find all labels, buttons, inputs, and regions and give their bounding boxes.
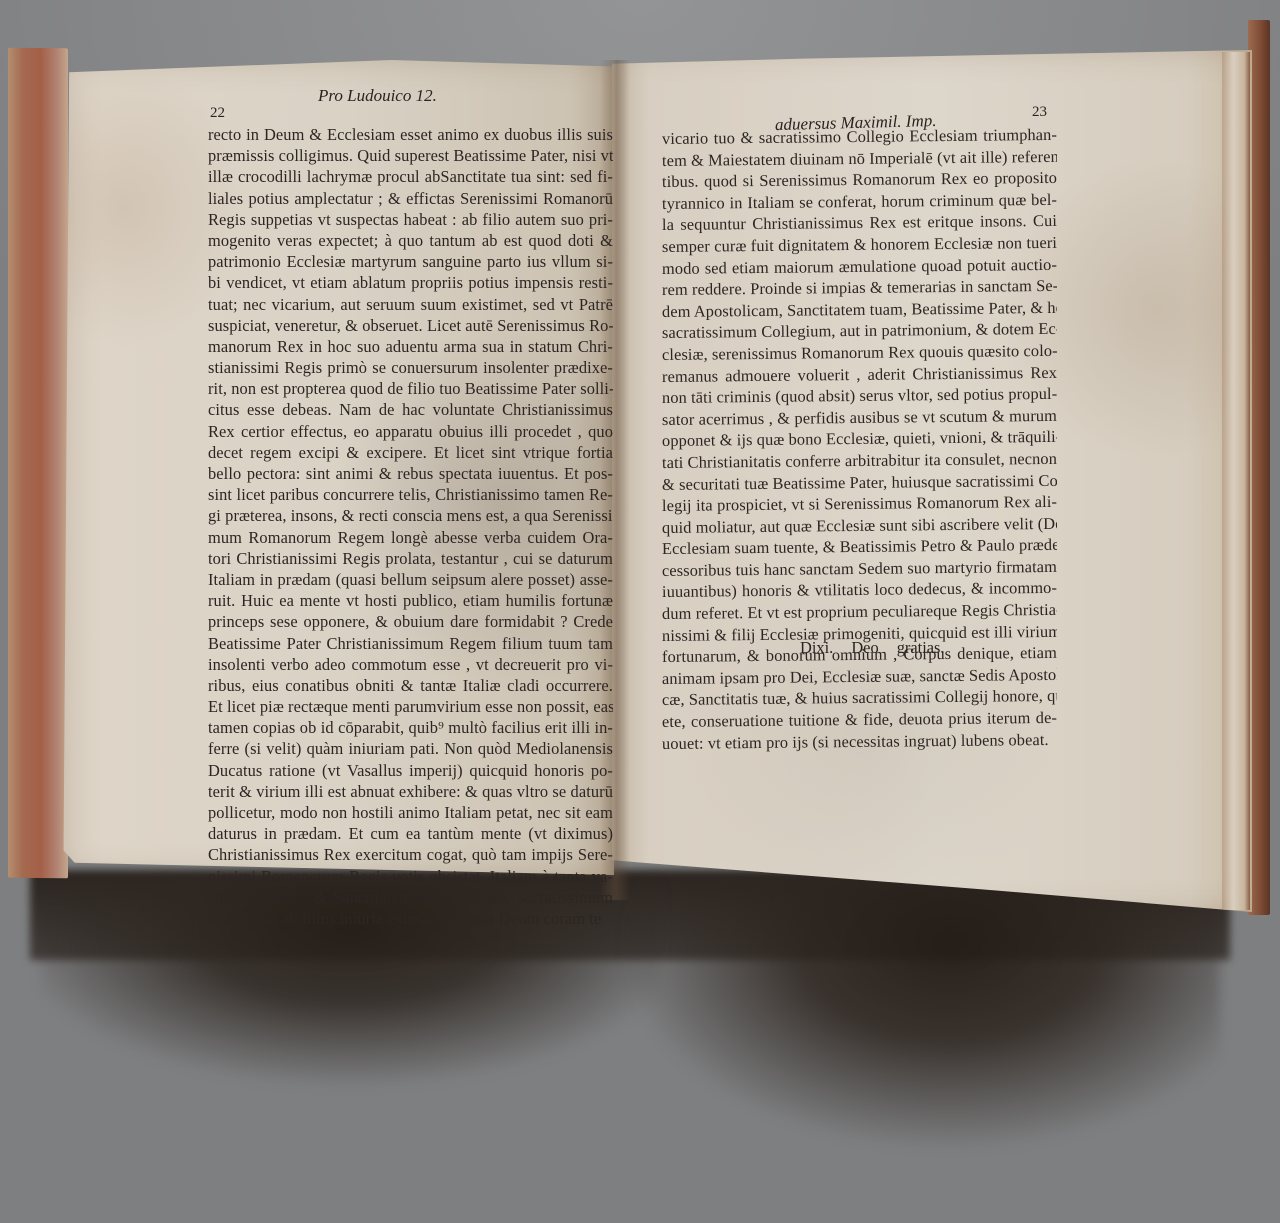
text-line: stitate eripiat , & Sanctitatem tuam , &…	[208, 887, 613, 908]
text-line: suspiciat, veneretur, & obseruet. Licet …	[208, 315, 613, 336]
text-line: terit & virium illi est abnuat exhibere:…	[208, 781, 613, 802]
left-page-body: recto in Deum & Ecclesiam esset animo ex…	[208, 124, 613, 929]
text-line: sint licet paribus concurrere telis, Chr…	[208, 484, 613, 505]
text-line: Italiam in prædam (quasi bellum seipsum …	[208, 569, 613, 590]
text-line: citus esse debeas. Nam de hac voluntate …	[208, 399, 613, 420]
text-line: uouet: vt etiam pro ijs (si necessitas i…	[662, 728, 1057, 754]
left-binding-cover	[8, 48, 68, 879]
text-line: Christianissimus Rex exercitum cogat, qu…	[208, 844, 613, 865]
text-line: bi vendicet, vt etiam ablatum propriis p…	[208, 272, 613, 293]
right-page-body: vicario tuo & sacratissimo Collegio Eccl…	[662, 128, 1057, 754]
text-line: stianissimi Regis primò se conuersurum i…	[208, 357, 613, 378]
text-line: pollicetur, modo non hostili animo Itali…	[208, 802, 613, 823]
text-line: illæ crocodilli lachrymæ procul abSancti…	[208, 166, 613, 187]
left-running-head: Pro Ludouico 12.	[318, 86, 437, 106]
text-line: patrimonio Ecclesiæ martyrum sanguine pa…	[208, 251, 613, 272]
text-line: ribus, eius conatibus obniti & tantæ Ita…	[208, 675, 613, 696]
text-line: præmissis colligimus. Quid superest Beat…	[208, 145, 613, 166]
text-line: liales potius amplectatur ; & effictas S…	[208, 188, 613, 209]
text-line: princeps sese opponere, & obuium dare fo…	[208, 611, 613, 632]
text-line: tuat; nec vicarium, aut seruum suum exis…	[208, 294, 613, 315]
text-line: bello pectora: sint animi & rebus specta…	[208, 463, 613, 484]
left-page-number: 22	[210, 105, 225, 122]
text-line: Ducatus ratione (vt Vasallus imperij) qu…	[208, 760, 613, 781]
text-line: Regis suppetias vt suspectas habeat : ab…	[208, 209, 613, 230]
book-shadow-right	[620, 880, 1220, 1210]
text-line: decet regem excipi & excipere. Et licet …	[208, 442, 613, 463]
text-line: Rex certior effectus, eo apparatu obuius…	[208, 421, 613, 442]
text-line: ferre (si velit) quàm iniuriam pati. Non…	[208, 738, 613, 759]
text-line: insolenti verbo adeo commotum esse , vt …	[208, 654, 613, 675]
text-line: rit, non est propterea quod de filio tuo…	[208, 378, 613, 399]
text-line: Et licet piæ rectæque menti parumvirium …	[208, 696, 613, 717]
text-line: recto in Deum & Ecclesiam esset animo ex…	[208, 124, 613, 145]
text-line: mum Romanorum Regem longè abesse verba c…	[208, 527, 613, 548]
text-line: tamen copias ob id cōparabit, quib⁹ mult…	[208, 717, 613, 738]
right-page-number: 23	[1032, 104, 1047, 121]
text-line: ruit. Huic ea mente vt hosti publico, et…	[208, 590, 613, 611]
text-line: manorum Rex in hoc suo aduentu arma sua …	[208, 336, 613, 357]
text-line: gi præterea, insons, & recti conscia men…	[208, 505, 613, 526]
text-line: daturus in prædam. Et cum ea tantùm ment…	[208, 823, 613, 844]
text-line: mogenito veras expectet; à quo tantum ab…	[208, 230, 613, 251]
text-line: tori Christianissimi Regis prolata, test…	[208, 548, 613, 569]
closing-line: Dixi. Deo gratias.	[800, 638, 945, 658]
text-line: Beatissime Pater Christianissimum Regem …	[208, 633, 613, 654]
right-page-edges	[1222, 52, 1250, 910]
text-line: Collegium ab illius iniuria eximat : tes…	[208, 908, 613, 929]
text-line: nissimi Romanorum Regis votis obsistat, …	[208, 866, 613, 887]
